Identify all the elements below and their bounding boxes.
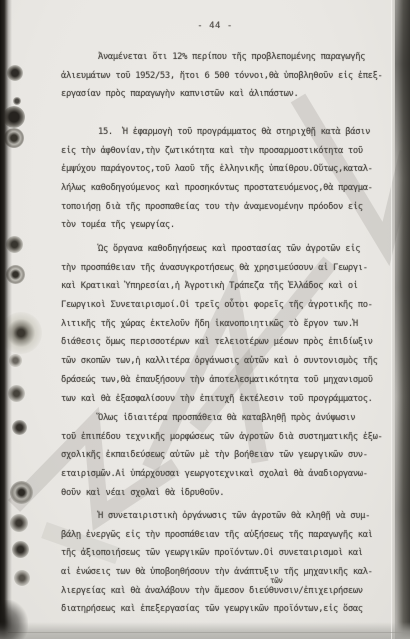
- text-line: τῆς ἀξιοποιήσεως τῶν γεωργικῶν προϊόντων…: [61, 544, 395, 563]
- text-line: τὸν τομέα τῆς γεωργίας.: [61, 216, 395, 235]
- scan-edge-right-shading: [395, 0, 410, 639]
- text-line: εταιρισμῶν.Αἱ ὑπάρχουσαι γεωργοτεχνικαὶ …: [61, 465, 395, 484]
- paper-edge-bottom: [8, 632, 404, 633]
- text-line: σχολικῆς ἐκπαιδεύσεως αὐτῶν μὲ τὴν βοήθε…: [61, 446, 395, 465]
- text-line: τὴν προσπάθειαν τῆς ἀνασυγκροτήσεως θὰ χ…: [61, 259, 395, 278]
- text-line: Ἀναμένεται ὅτι 12% περίπου τῆς προβλεπομ…: [61, 48, 395, 67]
- binder-hole-mark: [12, 541, 29, 558]
- scanned-document-page: - 44 - Ἀναμένεται ὅτι 12% περίπου τῆς πρ…: [0, 0, 410, 639]
- text-line: τοῦ ἐπιπέδου τεχνικῆς μορφώσεως τῶν ἀγρο…: [61, 428, 395, 447]
- page-number: - 44 -: [20, 21, 410, 31]
- scan-edge-bottom: [0, 622, 410, 639]
- binder-hole-mark: [12, 420, 27, 435]
- text-line: 15. Ἡ ἐφαρμογὴ τοῦ προγράμματος θὰ στηρι…: [61, 123, 395, 142]
- paper-edge-right: [391, 0, 392, 639]
- text-line: καὶ Κρατικαὶ Ὑπηρεσίαι,ἡ Ἀγροτικὴ Τράπεζ…: [61, 277, 395, 296]
- text-line: Ὡς ὄργανα καθοδηγήσεως καὶ προστασίας τῶ…: [61, 240, 395, 259]
- paragraph-technical-education: Ὅλως ἰδιαιτέρα προσπάθεια θὰ καταβληθῇ π…: [61, 409, 395, 502]
- text-line: λιτικῆς τῆς χώρας ἐκτελοῦν ἤδη ἱκανοποιη…: [61, 315, 395, 334]
- paragraph-cooperative-organisation: Ἡ συνεταιριστικὴ ὀργάνωσις τῶν ἀγροτῶν θ…: [61, 507, 395, 619]
- paragraph-15-program-basis: 15. Ἡ ἐφαρμογὴ τοῦ προγράμματος θὰ στηρι…: [61, 123, 395, 235]
- text-line: Ἡ συνεταιριστικὴ ὀργάνωσις τῶν ἀγροτῶν θ…: [61, 507, 395, 526]
- binder-hole-mark: [13, 97, 21, 105]
- text-line: διατηρήσεως καὶ ἐπεξεργασίας τῶν γεωργικ…: [61, 600, 395, 619]
- text-line: ἁλιευμάτων τοῦ 1952/53, ἥτοι 6 500 τόννο…: [61, 67, 395, 86]
- text-line: εἰς τὴν ἀφθονίαν,τὴν ζωτικότητα καὶ τὴν …: [61, 142, 395, 161]
- binder-hole-mark: [10, 481, 33, 504]
- typed-insertion-above-line: τῶν: [270, 576, 283, 585]
- text-line: Γεωργικοὶ Συνεταιρισμοί.Οἱ τρεῖς οὗτοι φ…: [61, 296, 395, 315]
- text-line: εργασίαν πρὸς παραγωγὴν καπνιστῶν καὶ ἁλ…: [61, 85, 395, 104]
- text-line: διάθεσις ὅμως περισσοτέρων καὶ τελειοτέρ…: [61, 333, 395, 352]
- text-line: ἐμψύχου παράγοντος,τοῦ λαοῦ τῆς ἑλληνικῆ…: [61, 160, 395, 179]
- scan-edge-left: [0, 0, 12, 639]
- paragraph-fish-processing: Ἀναμένεται ὅτι 12% περίπου τῆς προβλεπομ…: [61, 48, 395, 104]
- binder-hole-mark: [14, 570, 30, 586]
- text-line: τῶν σκοπῶν των,ἡ καλλιτέρα ὀργάνωσις αὐτ…: [61, 352, 395, 371]
- paragraph-farmer-guidance-bodies: Ὡς ὄργανα καθοδηγήσεως καὶ προστασίας τῶ…: [61, 240, 395, 408]
- text-line: θοῦν καὶ νέαι σχολαὶ θὰ ἱδρυθοῦν.: [61, 484, 395, 503]
- text-line: Ὅλως ἰδιαιτέρα προσπάθεια θὰ καταβληθῇ π…: [61, 409, 395, 428]
- text-line: των καὶ θὰ ἐξασφαλίσουν τὴν ἐπιτυχῆ ἐκτέ…: [61, 390, 395, 409]
- text-line: αἱ ἑνώσεις των θὰ ὑποβοηθήσουν τὴν ἀνάπτ…: [61, 563, 395, 582]
- text-line: τοποιήσῃ διὰ τῆς προσπαθείας του τὴν ἀνα…: [61, 198, 395, 217]
- text-line: λήλως καθοδηγούμενος καὶ προσηκόντως προ…: [61, 179, 395, 198]
- text-line: λιεργείας καὶ θὰ ἀναλάβουν τὴν ἄμεσον δι…: [61, 582, 395, 601]
- binder-hole-mark: [10, 514, 28, 532]
- scan-corner-bottom-left: [0, 600, 28, 639]
- text-line: βάλῃ ἐνεργῶς εἰς τὴν προσπάθειαν τῆς αὐξ…: [61, 526, 395, 545]
- text-line: δράσεώς των,θὰ ἐπαυξήσουν τὴν ἀποτελεσμα…: [61, 371, 395, 390]
